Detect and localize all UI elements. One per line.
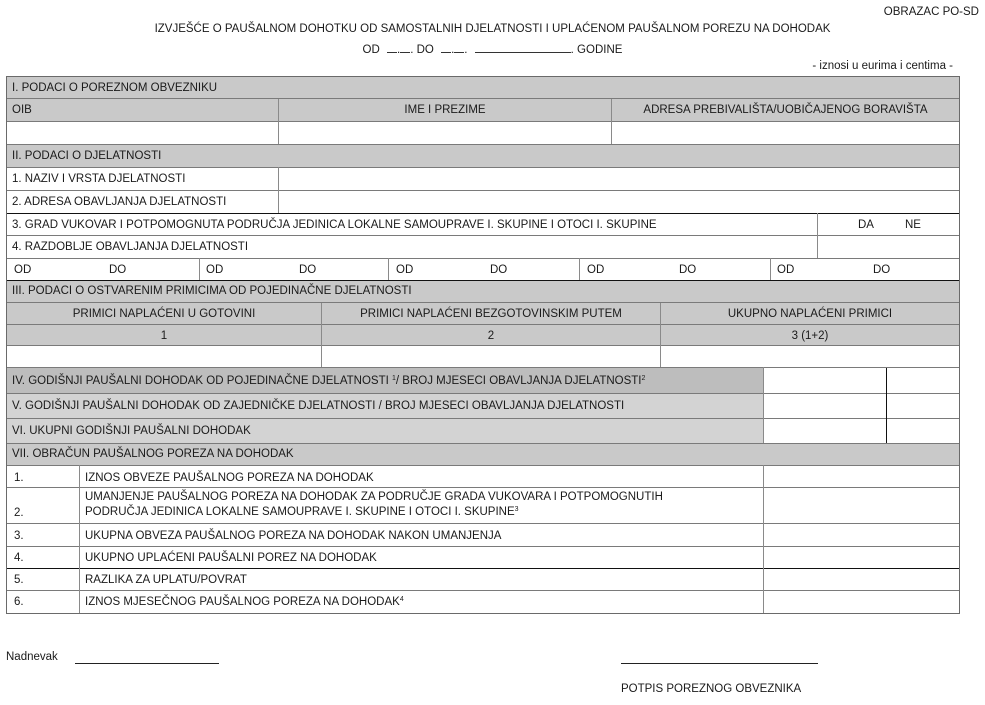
period-1-to[interactable]: DO (109, 263, 126, 277)
row-label: IZNOS OBVEZE PAUŠALNOG POREZA NA DOHODAK (85, 471, 374, 485)
total-obligation-field[interactable] (764, 524, 959, 546)
section-6-months-field[interactable] (887, 419, 959, 443)
section-4-label-cell: IV. GODIŠNJI PAUŠALNI DOHODAK OD POJEDIN… (7, 368, 763, 393)
signature-field[interactable] (621, 663, 818, 664)
column-address: ADRESA PREBIVALIŠTA/UOBIČAJENOG BORAVIŠT… (612, 103, 959, 117)
tax-reduction-field[interactable] (764, 488, 959, 523)
column-total-receipts: UKUPNO NAPLAĆENI PRIMICI (661, 307, 959, 321)
section-5-label: V. GODIŠNJI PAUŠALNI DOHODAK OD ZAJEDNIČ… (12, 399, 624, 413)
column-3-number: 3 (1+2) (661, 329, 959, 343)
period-year-field[interactable] (475, 41, 571, 53)
column-name: IME I PREZIME (279, 103, 611, 117)
section-6-label-cell: VI. UKUPNI GODIŠNJI PAUŠALNI DOHODAK (7, 419, 763, 443)
period-5-from[interactable]: OD (777, 263, 794, 277)
row-number: 2. (14, 506, 24, 520)
total-receipts-field[interactable] (661, 346, 959, 367)
signature-label: POTPIS POREZNOG OBVEZNIKA (621, 683, 801, 695)
period-from-day-field[interactable] (387, 41, 397, 53)
period-4-from[interactable]: OD (587, 263, 604, 277)
column-2-number: 2 (322, 329, 660, 343)
column-oib: OIB (12, 103, 32, 117)
date-label: Nadnevak (6, 651, 58, 663)
total-paid-field[interactable] (764, 547, 959, 568)
period-5-to[interactable]: DO (873, 263, 890, 277)
row-label: UKUPNA OBVEZA PAUŠALNOG POREZA NA DOHODA… (85, 529, 501, 543)
noncash-receipts-field[interactable] (322, 346, 660, 367)
separator: . (464, 44, 467, 56)
period-3-to[interactable]: DO (490, 263, 507, 277)
column-cash-receipts: PRIMICI NAPLAĆENI U GOTOVINI (7, 307, 321, 321)
section-5-label-cell: V. GODIŠNJI PAUŠALNI DOHODAK OD ZAJEDNIČ… (7, 394, 763, 418)
cash-receipts-field[interactable] (7, 346, 321, 367)
row-number: 6. (14, 595, 24, 609)
section-6-label: VI. UKUPNI GODIŠNJI PAUŠALNI DOHODAK (12, 424, 251, 438)
section-2-header: II. PODACI O DJELATNOSTI (7, 145, 959, 167)
period-to-month-field[interactable] (454, 41, 464, 53)
yes-option[interactable]: DA (858, 218, 874, 232)
reporting-period: OD .. DO .. . GODINE (0, 41, 985, 56)
period-to-label: DO (417, 44, 434, 56)
row-label: UKUPNO UPLAĆENI PAUŠALNI POREZ NA DOHODA… (85, 551, 377, 565)
row-number: 1. (14, 471, 24, 485)
row-label-line-2: PODRUČJA JEDINICA LOKALNE SAMOUPRAVE I. … (85, 505, 519, 519)
period-from-label: OD (363, 44, 380, 56)
row-number: 3. (14, 529, 24, 543)
section-4-label: IV. GODIŠNJI PAUŠALNI DOHODAK OD POJEDIN… (12, 374, 645, 388)
period-to-day-field[interactable] (441, 41, 451, 53)
activity-address-label: 2. ADRESA OBAVLJANJA DJELATNOSTI (12, 195, 226, 209)
separator: . (410, 44, 413, 56)
row-label-line-1: UMANJENJE PAUŠALNOG POREZA NA DOHODAK ZA… (85, 490, 663, 504)
oib-field[interactable] (7, 122, 278, 144)
difference-field[interactable] (764, 569, 959, 590)
form-title: IZVJEŠĆE O PAUŠALNOM DOHOTKU OD SAMOSTAL… (0, 23, 985, 35)
amounts-note: - iznosi u eurima i centima - (812, 60, 953, 72)
activity-period-label: 4. RAZDOBLJE OBAVLJANJA DJELATNOSTI (12, 240, 248, 254)
activity-name-label: 1. NAZIV I VRSTA DJELATNOSTI (12, 172, 185, 186)
period-2-from[interactable]: OD (206, 263, 223, 277)
vukovar-area-label: 3. GRAD VUKOVAR I POTPOMOGNUTA PODRUČJA … (12, 218, 657, 232)
section-2-title: II. PODACI O DJELATNOSTI (12, 149, 161, 163)
section-3-title: III. PODACI O OSTVARENIM PRIMICIMA OD PO… (12, 284, 412, 298)
section-7-title: VII. OBRAČUN PAUŠALNOG POREZA NA DOHODAK (12, 447, 294, 461)
section-6-income-field[interactable] (764, 419, 886, 443)
section-5-months-field[interactable] (887, 394, 959, 418)
period-3-from[interactable]: OD (396, 263, 413, 277)
form-code: OBRAZAC PO-SD (884, 6, 979, 18)
period-1-from[interactable]: OD (14, 263, 31, 277)
row-number: 5. (14, 573, 24, 587)
tax-obligation-field[interactable] (764, 466, 959, 487)
section-4-months-field[interactable] (887, 368, 959, 393)
section-4-income-field[interactable] (764, 368, 886, 393)
no-option[interactable]: NE (905, 218, 921, 232)
vukovar-answer-field[interactable] (818, 236, 959, 258)
period-from-month-field[interactable] (400, 41, 410, 53)
date-field[interactable] (75, 663, 219, 664)
period-4-to[interactable]: DO (679, 263, 696, 277)
section-3-header: III. PODACI O OSTVARENIM PRIMICIMA OD PO… (7, 281, 959, 302)
section-1-header: I. PODACI O POREZNOM OBVEZNIKU (7, 77, 959, 99)
activity-name-field[interactable] (279, 168, 959, 190)
monthly-tax-field[interactable] (764, 591, 959, 613)
section-5-income-field[interactable] (764, 394, 886, 418)
column-noncash-receipts: PRIMICI NAPLAĆENI BEZGOTOVINSKIM PUTEM (322, 307, 660, 321)
row-label: RAZLIKA ZA UPLATU/POVRAT (85, 573, 247, 587)
section-1-title: I. PODACI O POREZNOM OBVEZNIKU (12, 81, 217, 95)
form-table: I. PODACI O POREZNOM OBVEZNIKU OIB IME I… (6, 76, 960, 614)
row-label: IZNOS MJESEČNOG PAUŠALNOG POREZA NA DOHO… (85, 595, 404, 609)
column-1-number: 1 (7, 329, 321, 343)
period-2-to[interactable]: DO (299, 263, 316, 277)
year-suffix: . GODINE (571, 44, 623, 56)
activity-address-field[interactable] (279, 191, 959, 213)
name-field[interactable] (279, 122, 611, 144)
row-number: 4. (14, 551, 24, 565)
section-7-header: VII. OBRAČUN PAUŠALNOG POREZA NA DOHODAK (7, 444, 959, 465)
address-field[interactable] (612, 122, 959, 144)
